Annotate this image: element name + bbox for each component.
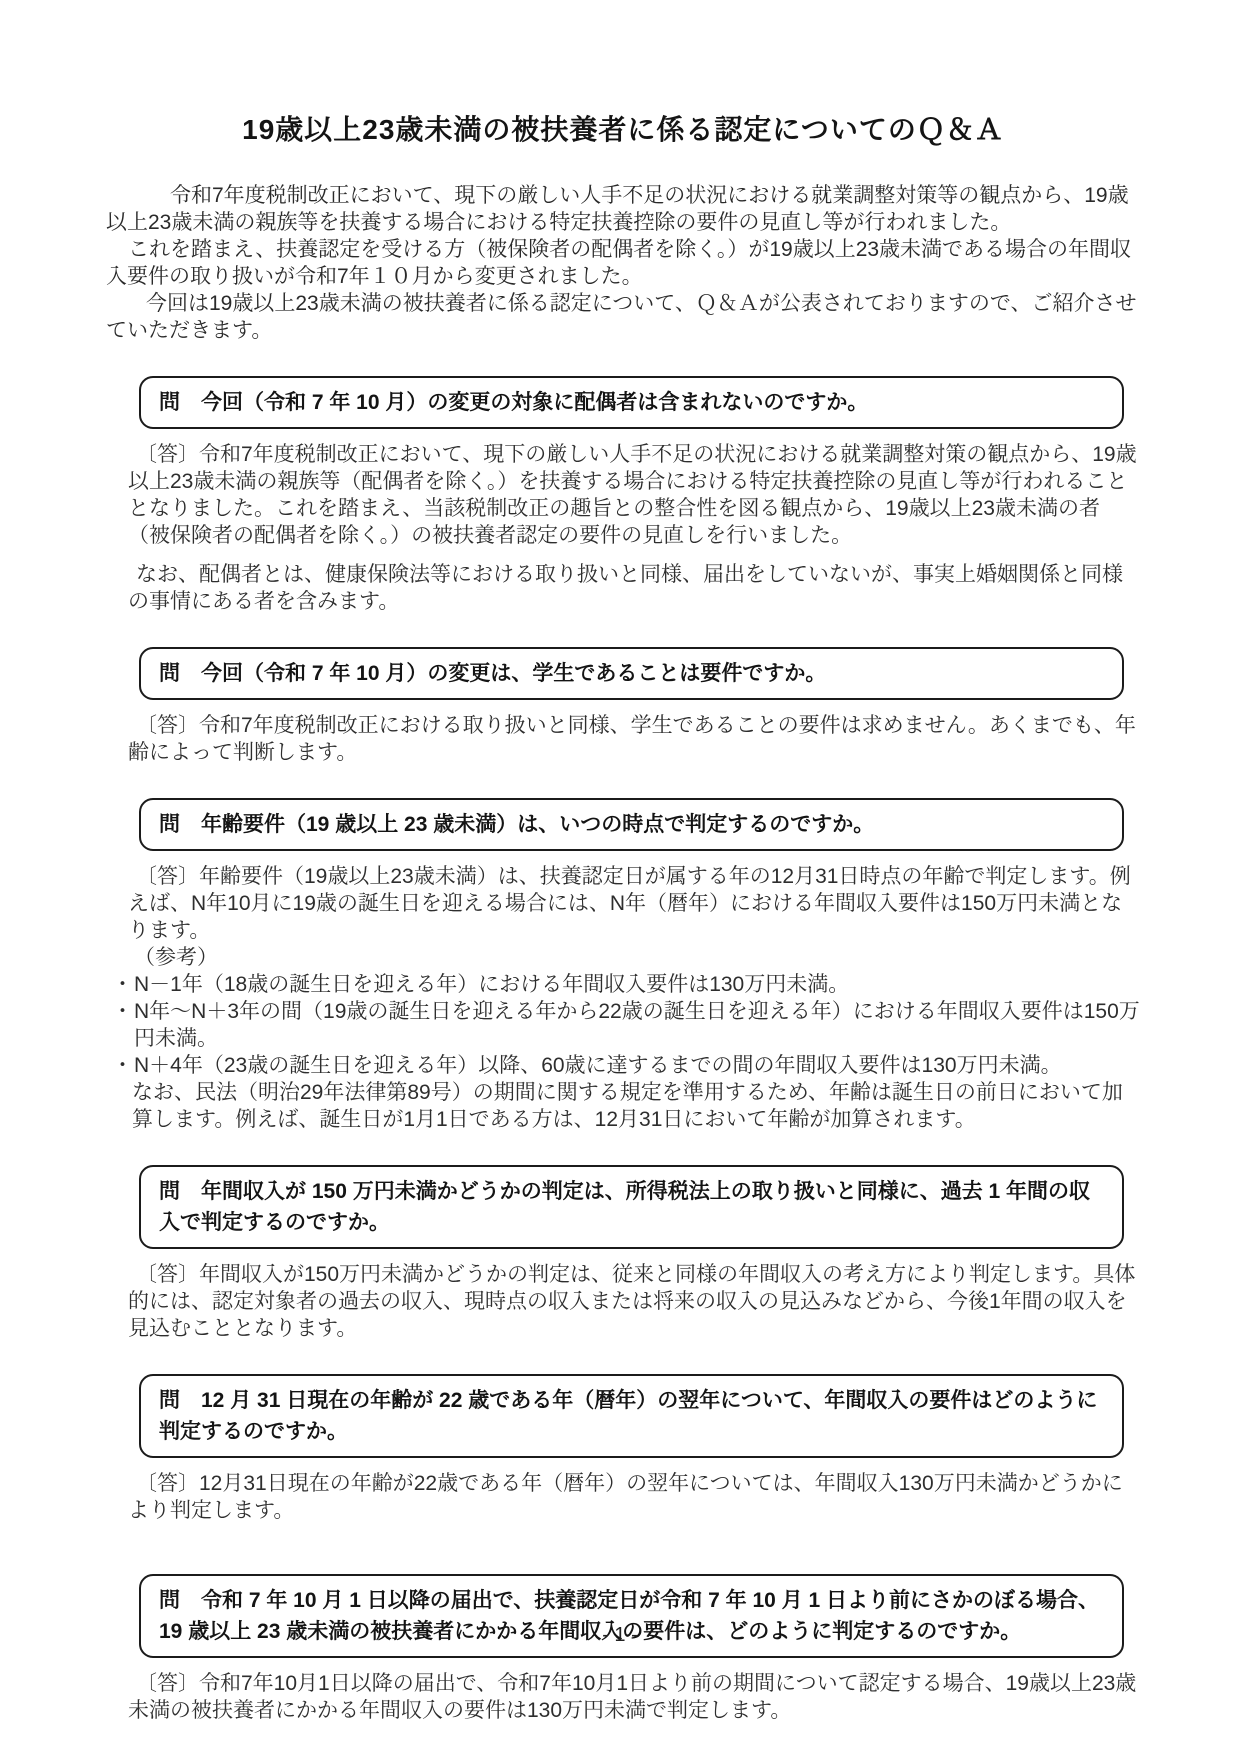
bullet-icon: ・ [112,1052,134,1079]
question-text: 問 12 月 31 日現在の年齢が 22 歳である年（暦年）の翌年について、年間… [159,1385,1104,1447]
reference-item-text: N年～N＋3年の間（19歳の誕生日を迎える年から22歳の誕生日を迎える年）におけ… [134,998,1140,1052]
qa-section-6: 問 令和 7 年 10 月 1 日以降の届出で、扶養認定日が令和 7 年 10 … [106,1574,1140,1724]
page-footer: - 1 - [0,1622,1240,1649]
reference-item: ・ N年～N＋3年の間（19歳の誕生日を迎える年から22歳の誕生日を迎える年）に… [112,998,1140,1052]
question-text: 問 年間収入が 150 万円未満かどうかの判定は、所得税法上の取り扱いと同様に、… [159,1176,1104,1238]
answer-paragraph: 〔答〕令和7年度税制改正において、現下の厳しい人手不足の状況における就業調整対策… [128,441,1140,549]
answer-paragraph: 〔答〕年間収入が150万円未満かどうかの判定は、従来と同様の年間収入の考え方によ… [128,1261,1140,1342]
page-title: 19歳以上23歳未満の被扶養者に係る認定についてのＱ＆Ａ [106,112,1140,148]
answer-paragraph: 〔答〕令和7年度税制改正における取り扱いと同様、学生であることの要件は求めません… [128,712,1140,766]
question-text: 問 今回（令和 7 年 10 月）の変更は、学生であることは要件ですか。 [159,658,1104,689]
question-text: 問 年齢要件（19 歳以上 23 歳未満）は、いつの時点で判定するのですか。 [159,809,1104,840]
reference-item: ・ N－1年（18歳の誕生日を迎える年）における年間収入要件は130万円未満。 [112,971,1140,998]
intro-paragraph: これを踏まえ、扶養認定を受ける方（被保険者の配偶者を除く。）が19歳以上23歳未… [106,236,1140,290]
bullet-icon: ・ [112,971,134,998]
qa-section-5: 問 12 月 31 日現在の年齢が 22 歳である年（暦年）の翌年について、年間… [106,1374,1140,1524]
answer-paragraph: なお、配偶者とは、健康保険法等における取り扱いと同様、届出をしていないが、事実上… [128,561,1140,615]
reference-label: （参考） [134,944,1140,971]
question-box: 問 12 月 31 日現在の年齢が 22 歳である年（暦年）の翌年について、年間… [139,1374,1124,1458]
question-box: 問 今回（令和 7 年 10 月）の変更の対象に配偶者は含まれないのですか。 [139,376,1124,429]
page-number: - 1 - [602,1624,638,1646]
reference-note: なお、民法（明治29年法律第89号）の期間に関する規定を準用するため、年齢は誕生… [132,1079,1140,1133]
reference-item-text: N＋4年（23歳の誕生日を迎える年）以降、60歳に達するまでの間の年間収入要件は… [134,1052,1140,1079]
reference-item: ・ N＋4年（23歳の誕生日を迎える年）以降、60歳に達するまでの間の年間収入要… [112,1052,1140,1079]
reference-list: ・ N－1年（18歳の誕生日を迎える年）における年間収入要件は130万円未満。 … [106,971,1140,1079]
question-box: 問 年間収入が 150 万円未満かどうかの判定は、所得税法上の取り扱いと同様に、… [139,1165,1124,1249]
reference-item-text: N－1年（18歳の誕生日を迎える年）における年間収入要件は130万円未満。 [134,971,1140,998]
answer-paragraph: 〔答〕令和7年10月1日以降の届出で、令和7年10月1日より前の期間について認定… [128,1670,1140,1724]
intro-paragraph: 今回は19歳以上23歳未満の被扶養者に係る認定について、Ｑ＆Ａが公表されておりま… [106,290,1140,344]
answer-paragraph: 〔答〕12月31日現在の年齢が22歳である年（暦年）の翌年については、年間収入1… [128,1470,1140,1524]
answer-paragraph: 〔答〕年齢要件（19歳以上23歳未満）は、扶養認定日が属する年の12月31日時点… [128,863,1140,944]
qa-section-4: 問 年間収入が 150 万円未満かどうかの判定は、所得税法上の取り扱いと同様に、… [106,1165,1140,1342]
document-page: 19歳以上23歳未満の被扶養者に係る認定についてのＱ＆Ａ 令和7年度税制改正にお… [0,0,1240,1754]
qa-section-2: 問 今回（令和 7 年 10 月）の変更は、学生であることは要件ですか。 〔答〕… [106,647,1140,766]
question-box: 問 年齢要件（19 歳以上 23 歳未満）は、いつの時点で判定するのですか。 [139,798,1124,851]
intro-block: 令和7年度税制改正において、現下の厳しい人手不足の状況における就業調整対策等の観… [106,182,1140,344]
question-text: 問 今回（令和 7 年 10 月）の変更の対象に配偶者は含まれないのですか。 [159,387,1104,418]
qa-section-1: 問 今回（令和 7 年 10 月）の変更の対象に配偶者は含まれないのですか。 〔… [106,376,1140,615]
question-box: 問 今回（令和 7 年 10 月）の変更は、学生であることは要件ですか。 [139,647,1124,700]
qa-section-3: 問 年齢要件（19 歳以上 23 歳未満）は、いつの時点で判定するのですか。 〔… [106,798,1140,1133]
bullet-icon: ・ [112,998,134,1052]
intro-paragraph: 令和7年度税制改正において、現下の厳しい人手不足の状況における就業調整対策等の観… [106,182,1140,236]
